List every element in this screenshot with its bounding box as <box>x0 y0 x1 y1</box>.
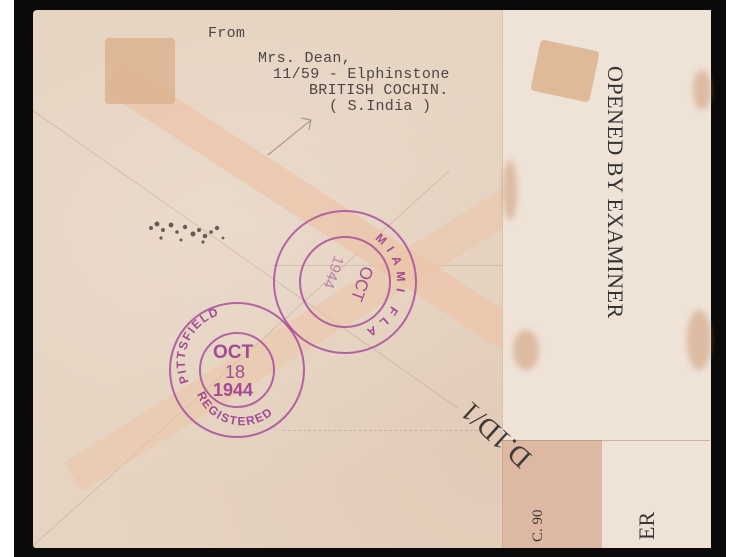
faint-dotted-line <box>283 430 483 431</box>
stain <box>687 310 711 370</box>
censor-form-number: C. 90 <box>530 509 547 542</box>
postmark-year: 1944 <box>213 380 253 401</box>
from-label: From <box>208 25 245 42</box>
stain <box>693 70 711 110</box>
censor-partial-text: ER <box>634 512 660 540</box>
stain <box>513 330 539 370</box>
opened-by-examiner-text: OPENED BY EXAMINER <box>602 66 628 319</box>
tape-remnant <box>105 38 175 104</box>
pencil-arrow-mark <box>263 110 323 160</box>
tape-remnant <box>530 39 600 102</box>
sender-address: 11/59 - Elphinstone <box>273 66 450 83</box>
sender-name: Mrs. Dean, <box>258 50 351 67</box>
sender-city: BRITISH COCHIN. <box>309 82 449 99</box>
postmark-month: OCT <box>213 342 253 364</box>
censor-fold-line <box>502 440 710 441</box>
postmark-state: FLA <box>356 297 402 349</box>
ink-smudge <box>133 210 243 260</box>
stain <box>503 160 517 220</box>
sender-region: ( S.India ) <box>329 98 431 115</box>
